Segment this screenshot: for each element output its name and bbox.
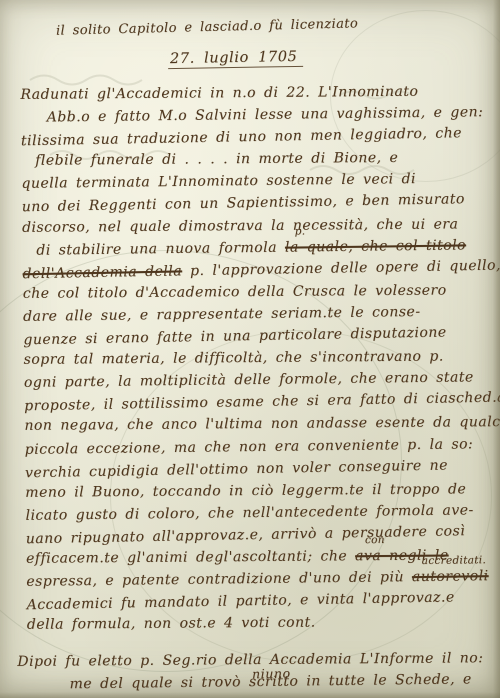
interlinear-insertion: con [365, 535, 385, 545]
heading-line: il solito Capitolo e lasciad.o fù licenz… [56, 16, 358, 38]
manuscript-page: il solito Capitolo e lasciad.o fù licenz… [0, 0, 500, 698]
page-edge [493, 0, 500, 698]
strikethrough-text: dell'Accademia della [22, 263, 182, 282]
catchword: niuno [252, 666, 291, 682]
date-line: 27. luglio 1705 [168, 49, 304, 69]
body-line: sopra tal materia, le difficoltà, che s'… [24, 345, 490, 371]
body-line: Radunati gl'Accademici in n.o di 22. L'I… [20, 80, 486, 106]
body-text: p. l'approvazione delle opere di quello, [182, 257, 500, 279]
strikethrough-text: la quale, che col titolo [285, 237, 466, 255]
interlinear-insertion: p. [295, 226, 306, 236]
body-line: meno il Buono, toccando in ciò leggerm.t… [25, 478, 491, 504]
body-text: efficacem.te gl'animi degl'ascoltanti; c… [26, 548, 355, 567]
interlinear-insertion: accreditati. [422, 555, 486, 566]
strikethrough-text: autorevoli [412, 568, 489, 585]
body-text: di stabilire una nuova formola [36, 239, 285, 258]
body-line: flebile funerale di . . . . in morte di … [21, 146, 487, 172]
page-edge [0, 692, 500, 698]
body-line: non negava, che anco l'ultima non andass… [24, 412, 490, 438]
body-line: che col titolo d'Accademico della Crusca… [23, 279, 489, 305]
body-text: espressa, e patente contradizione d'uno … [26, 569, 412, 590]
manuscript-text: Radunati gl'Accademici in n.o di 22. L'I… [20, 79, 493, 696]
body-line: della formula, non ost.e 4 voti cont. [27, 610, 493, 636]
